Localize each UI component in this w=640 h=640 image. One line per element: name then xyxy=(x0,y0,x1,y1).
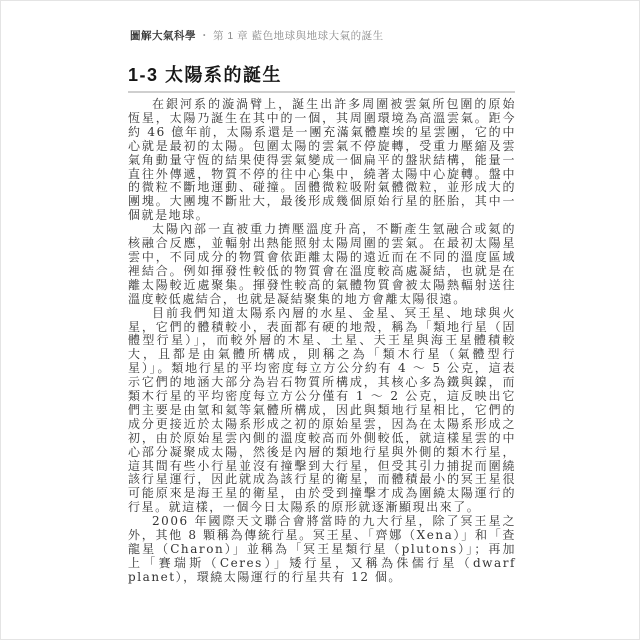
header-separator: ・ xyxy=(196,30,213,42)
book-title: 圖解大氣科學 xyxy=(130,30,196,42)
body-text: 在銀河系的漩渦臂上，誕生出許多周圍被雲氣所包圍的原始恆星，太陽乃誕生在其中的一個… xyxy=(128,98,516,585)
paragraph-fusion-condensation: 太陽內部一直被重力擠壓溫度升高，不斷產生氫融合或氦的核融合反應，並輻射出熱能照射… xyxy=(128,223,516,306)
title-underline-rule xyxy=(128,91,515,93)
paragraph-terrestrial-jovian-planets: 目前我們知道太陽系內層的水星、金星、冥王星、地球與火星，它們的體積較小，表面都有… xyxy=(128,307,516,516)
paragraph-iau-2006-planets: 2006 年國際天文聯合會將當時的九大行星，除了冥王星之外，其他 8 顆稱為傳統… xyxy=(128,515,516,585)
running-header: 圖解大氣科學・第 1 章 藍色地球與地球大氣的誕生 xyxy=(130,28,384,43)
section-title: 1-3 太陽系的誕生 xyxy=(128,61,282,87)
paragraph-solar-nebula: 在銀河系的漩渦臂上，誕生出許多周圍被雲氣所包圍的原始恆星，太陽乃誕生在其中的一個… xyxy=(128,98,516,223)
chapter-title: 第 1 章 藍色地球與地球大氣的誕生 xyxy=(213,30,384,42)
book-page: 圖解大氣科學・第 1 章 藍色地球與地球大氣的誕生 1-3 太陽系的誕生 在銀河… xyxy=(0,0,640,640)
